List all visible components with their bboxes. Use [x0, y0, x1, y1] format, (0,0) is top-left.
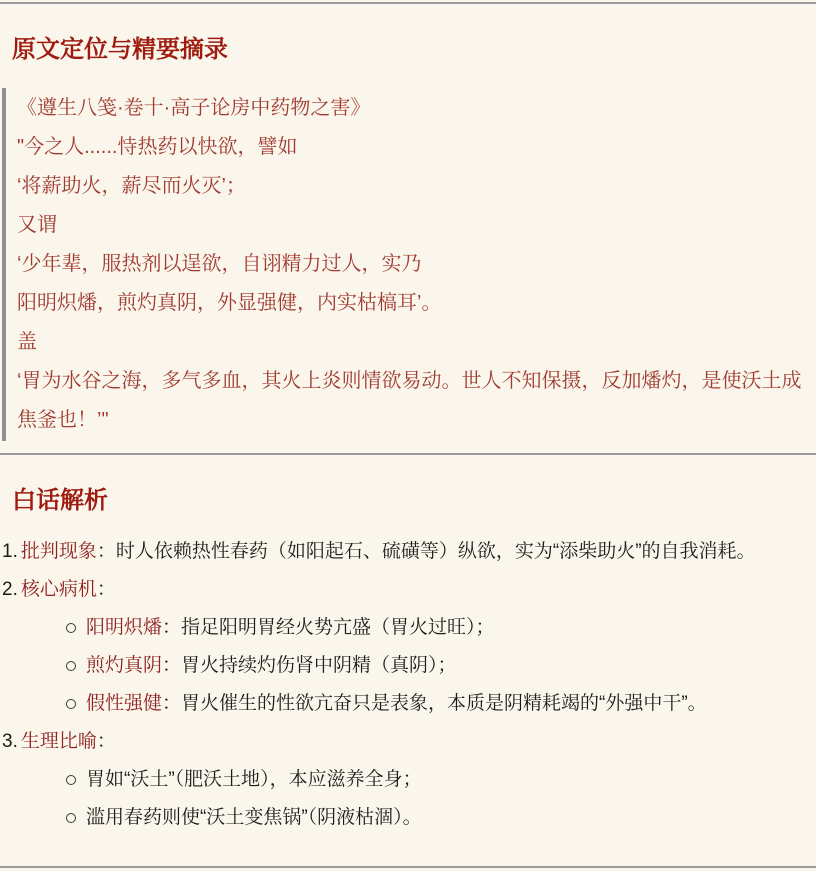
quote-line: ‘少年辈，服热剂以逞欲，自诩精力过人，实乃 — [17, 245, 802, 284]
list-item-number: 3. — [2, 729, 18, 755]
source-quote: 《遵生八笺·卷十·高子论房中药物之害》 "今之人......恃热药以快欲，譬如 … — [2, 88, 802, 441]
quote-line: "今之人......恃热药以快欲，譬如 — [17, 128, 802, 167]
sub-item-content: 阳明炽燔：指足阳明胃经火势亢盛（胃火过旺）； — [86, 615, 495, 641]
bottom-divider — [0, 866, 816, 868]
list-item-text: ：时人依赖热性春药（如阳起石、硫磺等）纵欲，实为“添柴助火”的自我消耗。 — [97, 541, 756, 562]
highlight-term: 批判现象 — [21, 541, 97, 562]
list-item-content: 批判现象：时人依赖热性春药（如阳起石、硫磺等）纵欲，实为“添柴助火”的自我消耗。 — [21, 539, 756, 565]
list-item-number: 2. — [2, 577, 18, 603]
sub-list-item: 煎灼真阴：胃火持续灼伤肾中阴精（真阴）； — [2, 653, 802, 679]
circle-bullet-icon — [66, 623, 76, 633]
sub-list: 阳明炽燔：指足阳明胃经火势亢盛（胃火过旺）； 煎灼真阴：胃火持续灼伤肾中阴精（真… — [2, 615, 802, 717]
sub-item-content: 煎灼真阴：胃火持续灼伤肾中阴精（真阴）； — [86, 653, 457, 679]
sub-list-item: 胃如“沃土”（肥沃土地），本应滋养全身； — [2, 767, 802, 793]
source-section: 原文定位与精要摘录 《遵生八笺·卷十·高子论房中药物之害》 "今之人......… — [0, 4, 816, 441]
sub-list-item: 假性强健：胃火催生的性欲亢奋只是表象，本质是阴精耗竭的“外强中干”。 — [2, 691, 802, 717]
sub-item-content: 胃如“沃土”（肥沃土地），本应滋养全身； — [86, 767, 422, 793]
analysis-list: 1. 批判现象：时人依赖热性春药（如阳起石、硫磺等）纵欲，实为“添柴助火”的自我… — [2, 539, 802, 831]
list-item-text: ： — [97, 731, 116, 752]
highlight-term: 煎灼真阴 — [86, 655, 162, 676]
quote-line: ‘胃为水谷之海，多气多血，其火上炎则情欲易动。世人不知保摄，反加燔灼，是使沃土成… — [17, 362, 802, 440]
list-item-content: 核心病机： — [21, 577, 116, 603]
circle-bullet-icon — [66, 813, 76, 823]
highlight-term: 生理比喻 — [21, 731, 97, 752]
quote-line: ‘将薪助火，薪尽而火灭’； — [17, 167, 802, 206]
list-item: 2. 核心病机： — [2, 577, 802, 603]
sub-list-item: 滥用春药则使“沃土变焦锅”（阴液枯涸）。 — [2, 805, 802, 831]
quote-line: 又谓 — [17, 206, 802, 245]
quote-line: 阳明炽燔，煎灼真阴，外显强健，内实枯槁耳’。 — [17, 284, 802, 323]
circle-bullet-icon — [66, 661, 76, 671]
document: 原文定位与精要摘录 《遵生八笺·卷十·高子论房中药物之害》 "今之人......… — [0, 0, 816, 871]
source-section-title: 原文定位与精要摘录 — [12, 36, 802, 64]
list-item: 1. 批判现象：时人依赖热性春药（如阳起石、硫磺等）纵欲，实为“添柴助火”的自我… — [2, 539, 802, 565]
list-item-content: 生理比喻： — [21, 729, 116, 755]
analysis-section: 白话解析 1. 批判现象：时人依赖热性春药（如阳起石、硫磺等）纵欲，实为“添柴助… — [0, 455, 816, 843]
sub-item-text: ：胃火催生的性欲亢奋只是表象，本质是阴精耗竭的“外强中干”。 — [162, 693, 707, 714]
analysis-section-title: 白话解析 — [12, 487, 802, 515]
sub-item-content: 滥用春药则使“沃土变焦锅”（阴液枯涸）。 — [86, 805, 422, 831]
sub-item-text: 滥用春药则使“沃土变焦锅”（阴液枯涸）。 — [86, 807, 422, 828]
circle-bullet-icon — [66, 775, 76, 785]
list-item: 3. 生理比喻： — [2, 729, 802, 755]
highlight-term: 阳明炽燔 — [86, 617, 162, 638]
sub-item-text: 胃如“沃土”（肥沃土地），本应滋养全身； — [86, 769, 422, 790]
sub-list: 胃如“沃土”（肥沃土地），本应滋养全身； 滥用春药则使“沃土变焦锅”（阴液枯涸）… — [2, 767, 802, 831]
list-item-text: ： — [97, 579, 116, 600]
circle-bullet-icon — [66, 699, 76, 709]
highlight-term: 核心病机 — [21, 579, 97, 600]
highlight-term: 假性强健 — [86, 693, 162, 714]
sub-item-text: ：胃火持续灼伤肾中阴精（真阴）； — [162, 655, 457, 676]
sub-list-item: 阳明炽燔：指足阳明胃经火势亢盛（胃火过旺）； — [2, 615, 802, 641]
quote-line: 盖 — [17, 323, 802, 362]
list-item-number: 1. — [2, 539, 18, 565]
sub-item-content: 假性强健：胃火催生的性欲亢奋只是表象，本质是阴精耗竭的“外强中干”。 — [86, 691, 707, 717]
sub-item-text: ：指足阳明胃经火势亢盛（胃火过旺）； — [162, 617, 495, 638]
quote-line: 《遵生八笺·卷十·高子论房中药物之害》 — [17, 89, 802, 128]
